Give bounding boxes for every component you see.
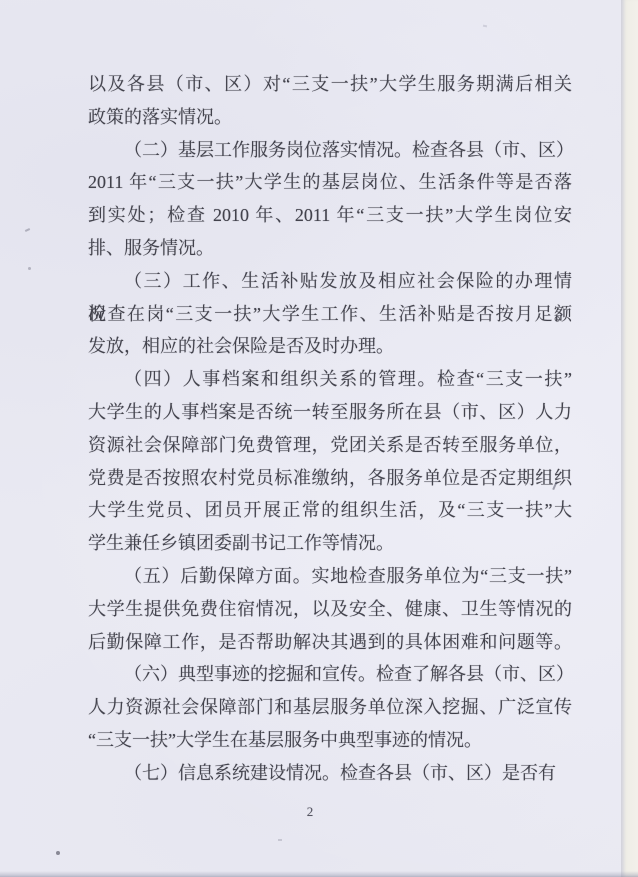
text-line: （五）后勤保障方面。实地检查服务单位为“三支一扶” — [88, 560, 572, 593]
text-line: 资源社会保障部门免费管理，党团关系是否转至服务单位， — [88, 429, 572, 462]
text-line: 政策的落实情况。 — [88, 101, 572, 134]
text-line: 检查在岗“三支一扶”大学生工作、生活补贴是否按月足额 — [88, 298, 572, 331]
text-line: 大学生的人事档案是否统一转至服务所在县（市、区）人力 — [88, 396, 572, 429]
text-line: 学生兼任乡镇团委副书记工作等情况。 — [88, 527, 572, 560]
text-line: “三支一扶”大学生在基层服务中典型事迹的情况。 — [88, 724, 572, 757]
scan-speck — [56, 851, 60, 855]
text-line: 大学生党员、团员开展正常的组织生活，及“三支一扶”大 — [88, 494, 572, 527]
document-body: 以及各县（市、区）对“三支一扶”大学生服务期满后相关 政策的落实情况。 （二）基… — [88, 68, 572, 790]
text-line: 发放，相应的社会保险是否及时办理。 — [88, 330, 572, 363]
scanned-document-page: 以及各县（市、区）对“三支一扶”大学生服务期满后相关 政策的落实情况。 （二）基… — [0, 0, 638, 877]
scanner-edge-strip — [621, 0, 638, 877]
page-number: 2 — [296, 803, 324, 820]
text-line: （七）信息系统建设情况。检查各县（市、区）是否有 — [88, 757, 572, 790]
text-line: 到实处；检查 2010 年、2011 年“三支一扶”大学生岗位安 — [88, 199, 572, 232]
text-line: （六）典型事迹的挖掘和宣传。检查了解各县（市、区） — [88, 658, 572, 691]
text-line: （三）工作、生活补贴发放及相应社会保险的办理情况。 — [88, 265, 572, 298]
scan-speck — [28, 267, 31, 270]
scan-speck — [278, 839, 282, 841]
text-line: （二）基层工作服务岗位落实情况。检查各县（市、区） — [88, 134, 572, 167]
scan-speck — [483, 25, 487, 28]
text-line: 排、服务情况。 — [88, 232, 572, 265]
text-line: 人力资源社会保障部门和基层服务单位深入挖掘、广泛宣传 — [88, 691, 572, 724]
page-bottom-edge — [0, 871, 638, 877]
text-line: 后勤保障工作，是否帮助解决其遇到的具体困难和问题等。 — [88, 626, 572, 659]
text-line: 以及各县（市、区）对“三支一扶”大学生服务期满后相关 — [88, 68, 572, 101]
text-line: （四）人事档案和组织关系的管理。检查“三支一扶” — [88, 363, 572, 396]
text-line: 党费是否按照农村党员标准缴纳，各服务单位是否定期组织 — [88, 462, 572, 495]
text-line: 2011 年“三支一扶”大学生的基层岗位、生活条件等是否落 — [88, 166, 572, 199]
scan-speck — [25, 228, 30, 232]
text-line: 大学生提供免费住宿情况，以及安全、健康、卫生等情况的 — [88, 593, 572, 626]
